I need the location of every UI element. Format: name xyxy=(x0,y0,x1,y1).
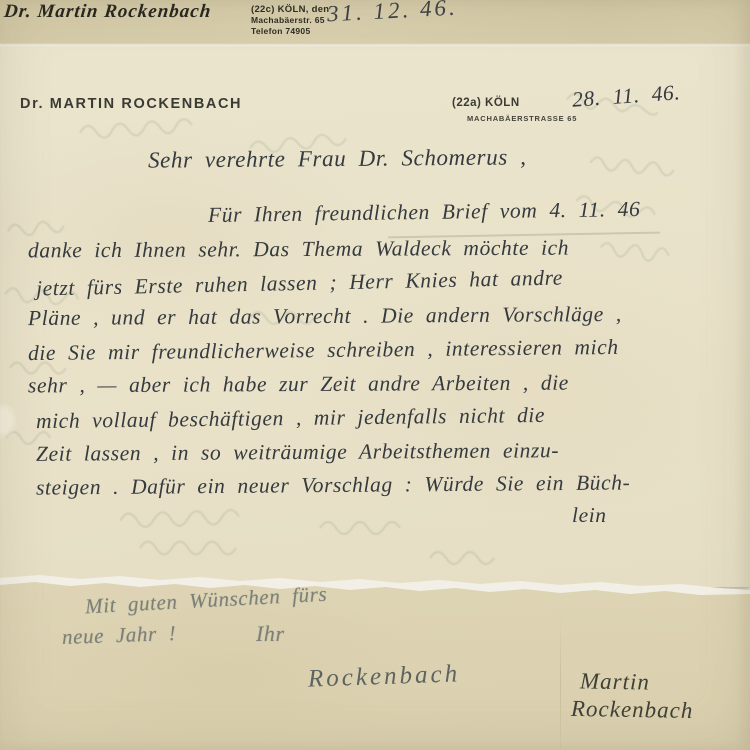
body-line: Für Ihren freundlichen Brief vom 4. 11. … xyxy=(208,197,641,228)
strip-handwritten-date: 31. 12. 46. xyxy=(326,0,458,27)
body-line: die Sie mir freundlicherweise schreiben … xyxy=(28,335,619,366)
letterhead-name: Dr. MARTIN ROCKENBACH xyxy=(20,96,242,112)
paper-top-strip: Dr. Martin Rockenbach (22c) KÖLN, den Ma… xyxy=(0,0,750,43)
body-line: Zeit lassen , in so weiträumige Arbeitst… xyxy=(36,438,559,467)
body-line: sehr , — aber ich habe zur Zeit andre Ar… xyxy=(28,371,569,399)
letterhead-city: (22a) KÖLN xyxy=(452,97,520,109)
body-line: jetzt fürs Erste ruhen lassen ; Herr Kni… xyxy=(36,265,563,301)
body-line: steigen . Dafür ein neuer Vorschlag : Wü… xyxy=(36,470,631,500)
strip-address-phone: Telefon 74905 xyxy=(251,26,329,37)
body-line: mich vollauf beschäftigen , mir jedenfal… xyxy=(36,403,545,434)
name-annotation-martin: Martin xyxy=(580,668,650,695)
handwritten-date: 28. 11. 46. xyxy=(571,80,681,113)
strip-address-block: (22c) KÖLN, den Machabäerstr. 65 Telefon… xyxy=(251,4,329,37)
paper-crease xyxy=(560,615,561,750)
paper-scrap-bottom: Mit guten Wünschen fürs neue Jahr ! Ihr … xyxy=(0,575,750,750)
closing-pronoun: Ihr xyxy=(256,621,285,647)
signature-rockenbach: Rockenbach xyxy=(308,660,461,693)
body-line: lein xyxy=(572,503,607,528)
punch-hole-stain xyxy=(0,402,17,439)
closing-line-2: neue Jahr ! xyxy=(62,621,177,650)
salutation: Sehr verehrte Frau Dr. Schomerus , xyxy=(148,144,527,173)
name-annotation-rockenbach: Rockenbach xyxy=(571,696,694,724)
paper-letter-page: Dr. MARTIN ROCKENBACH (22a) KÖLN MACHABÄ… xyxy=(0,46,750,587)
letterhead-street: MACHABÄERSTRASSE 65 xyxy=(467,114,577,123)
strip-address-city: (22c) KÖLN, den xyxy=(251,4,329,15)
strip-letterhead-name: Dr. Martin Rockenbach xyxy=(3,1,213,23)
body-line: danke ich Ihnen sehr. Das Thema Waldeck … xyxy=(28,236,569,264)
scanned-letter-document: Mit guten Wünschen fürs neue Jahr ! Ihr … xyxy=(0,0,750,750)
body-line: Pläne , und er hat das Vorrecht . Die an… xyxy=(28,302,622,331)
closing-line-1: Mit guten Wünschen fürs xyxy=(85,582,328,620)
strip-address-street: Machabäerstr. 65 xyxy=(251,15,329,26)
